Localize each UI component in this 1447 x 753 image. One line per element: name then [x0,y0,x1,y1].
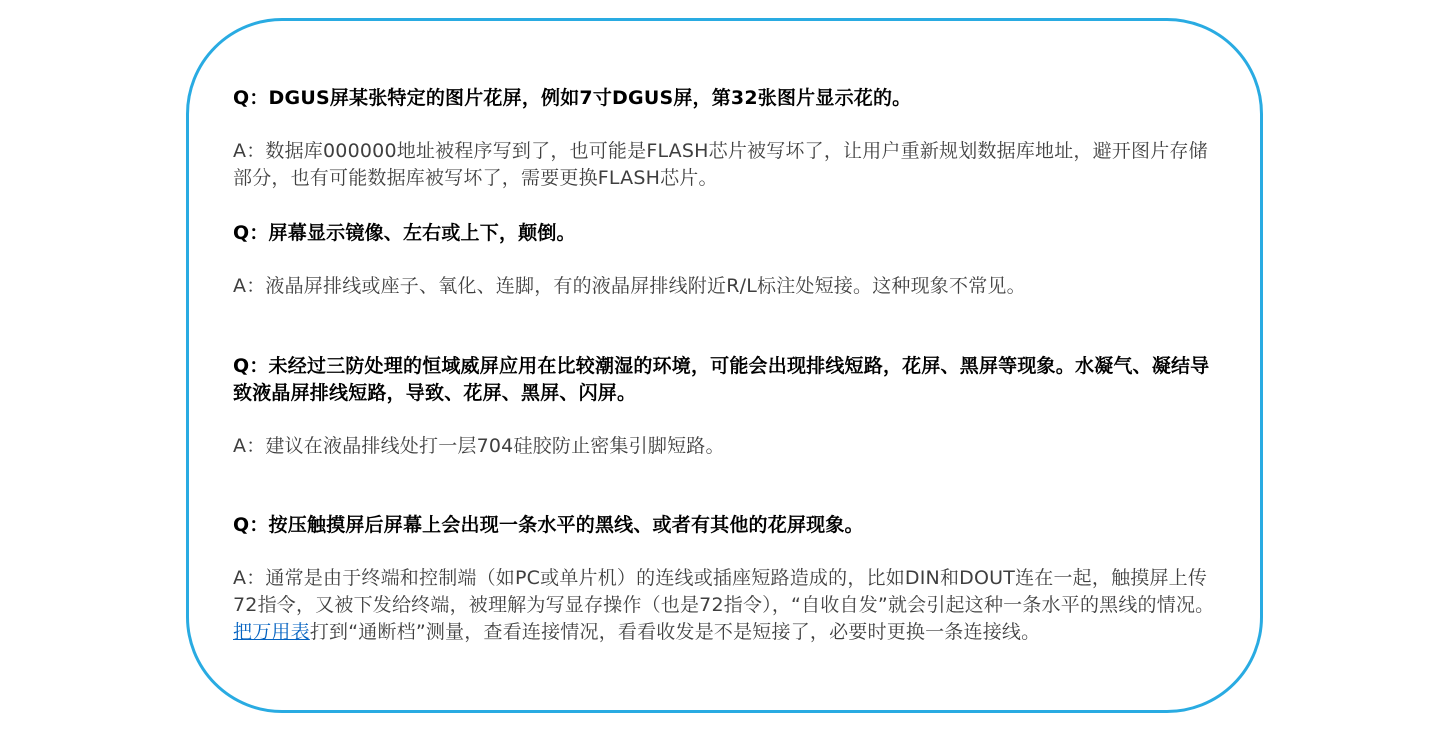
multimeter-link[interactable]: 把万用表 [233,621,310,643]
faq-rounded-card: Q：DGUS屏某张特定的图片花屏，例如7寸DGUS屏，第32张图片显示花的。 A… [186,18,1263,713]
answer-text-1: A：数据库000000地址被程序写到了，也可能是FLASH芯片被写坏了，让用户重… [233,138,1215,192]
answer-followup-text: 打到“通断档”测量，查看连接情况，看看收发是不是短接了，必要时更换一条连接线。 [310,621,1041,643]
qa-item-4: Q：按压触摸屏后屏幕上会出现一条水平的黑线、或者有其他的花屏现象。 A：通常是由… [233,512,1215,646]
qa-item-2: Q：屏幕显示镜像、左右或上下，颠倒。 A：液晶屏排线或座子、氧化、连脚，有的液晶… [233,220,1215,300]
question-text-2: Q：屏幕显示镜像、左右或上下，颠倒。 [233,220,1215,247]
question-text-3: Q：未经过三防处理的恒域威屏应用在比较潮湿的环境，可能会出现排线短路，花屏、黑屏… [233,353,1215,407]
answer-text-4: A：通常是由于终端和控制端（如PC或单片机）的连线或插座短路造成的，比如DIN和… [233,565,1215,646]
qa-item-3: Q：未经过三防处理的恒域威屏应用在比较潮湿的环境，可能会出现排线短路，花屏、黑屏… [233,353,1215,460]
answer-main-text: A：通常是由于终端和控制端（如PC或单片机）的连线或插座短路造成的，比如DIN和… [233,567,1214,616]
qa-item-1: Q：DGUS屏某张特定的图片花屏，例如7寸DGUS屏，第32张图片显示花的。 A… [233,85,1215,192]
answer-text-3: A：建议在液晶排线处打一层704硅胶防止密集引脚短路。 [233,433,1215,460]
answer-text-2: A：液晶屏排线或座子、氧化、连脚，有的液晶屏排线附近R/L标注处短接。这种现象不… [233,273,1215,300]
question-text-1: Q：DGUS屏某张特定的图片花屏，例如7寸DGUS屏，第32张图片显示花的。 [233,85,1215,112]
question-text-4: Q：按压触摸屏后屏幕上会出现一条水平的黑线、或者有其他的花屏现象。 [233,512,1215,539]
